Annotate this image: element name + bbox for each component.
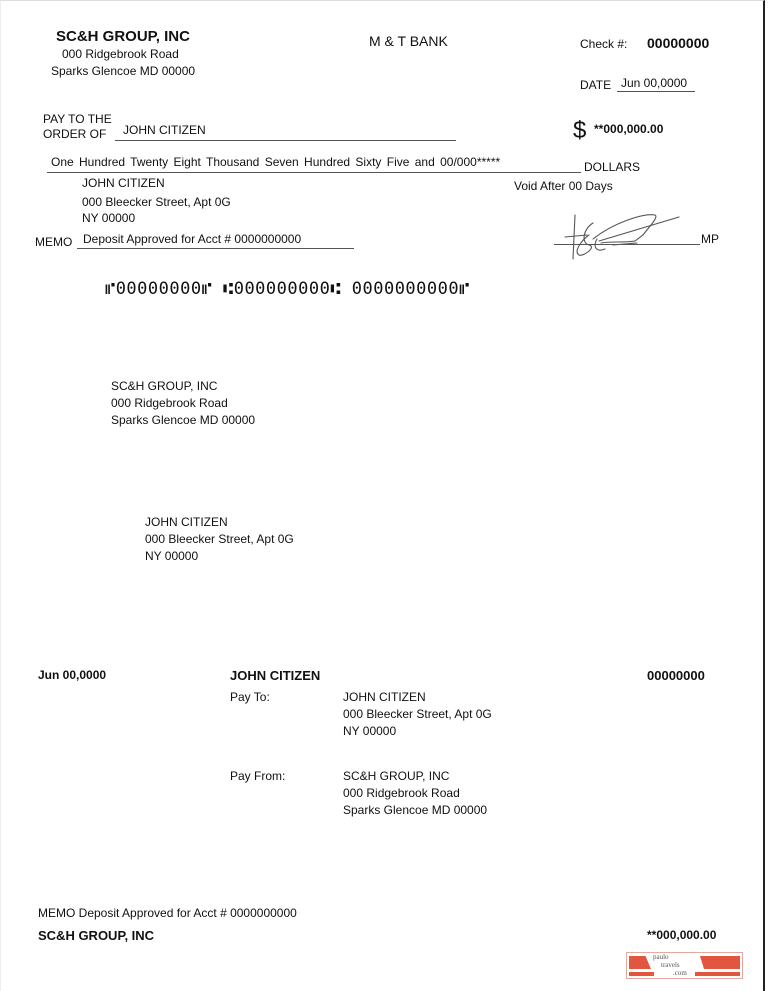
logo-text-line2: travels (653, 961, 687, 969)
amount-words-underline (47, 172, 581, 173)
amount-in-words: One Hundred Twenty Eight Thousand Seven … (51, 155, 500, 169)
stub-pay-to-line2: NY 00000 (343, 724, 396, 738)
stub-payee: JOHN CITIZEN (230, 668, 320, 683)
return-address-line1: 000 Ridgebrook Road (111, 396, 228, 410)
logo-bar-left (629, 956, 651, 969)
payee-underline (115, 140, 456, 141)
stub-company: SC&H GROUP, INC (38, 928, 154, 943)
memo-text: Deposit Approved for Acct # 0000000000 (83, 232, 301, 246)
logo-text-line3: .com (653, 969, 687, 977)
stub-pay-from-label: Pay From: (230, 769, 285, 783)
logo-stripe-left (629, 972, 654, 976)
stub-pay-to-label: Pay To: (230, 690, 270, 704)
stub-pay-from-line2: Sparks Glencoe MD 00000 (343, 803, 487, 817)
memo-label: MEMO (35, 235, 72, 249)
company-address-line2: Sparks Glencoe MD 00000 (51, 64, 195, 78)
company-address-line1: 000 Ridgebrook Road (62, 47, 179, 61)
signature-icon (553, 209, 693, 264)
stub-amount: **000,000.00 (647, 928, 716, 942)
bank-name: M & T BANK (369, 33, 448, 49)
logo-bar-right (700, 956, 740, 969)
stub-pay-from-line1: 000 Ridgebrook Road (343, 786, 460, 800)
logo-text: paulo travels .com (653, 953, 687, 977)
logo-stripe-right (695, 972, 740, 976)
recipient-address-line1: 000 Bleecker Street, Apt 0G (145, 532, 294, 546)
signature-line (554, 244, 700, 245)
dollar-sign-icon: $ (573, 117, 586, 145)
recipient-address-line2: NY 00000 (145, 549, 198, 563)
stub-date: Jun 00,0000 (38, 668, 106, 682)
check-number: 00000000 (647, 35, 709, 51)
stub-check-number: 00000000 (647, 668, 705, 683)
check-date: Jun 00,0000 (621, 76, 687, 90)
void-notice: Void After 00 Days (514, 179, 613, 193)
payee-name: JOHN CITIZEN (123, 123, 206, 137)
return-address-name: SC&H GROUP, INC (111, 379, 217, 393)
pay-to-label: PAY TO THE (43, 112, 112, 126)
payee-address-line2: NY 00000 (82, 211, 135, 225)
date-label: DATE (580, 78, 611, 92)
return-address-line2: Sparks Glencoe MD 00000 (111, 413, 255, 427)
signature-initials: MP (701, 232, 719, 246)
logo-text-line1: paulo (653, 953, 687, 961)
stub-pay-to-name: JOHN CITIZEN (343, 690, 426, 704)
stub-pay-from-name: SC&H GROUP, INC (343, 769, 449, 783)
check-amount: **000,000.00 (594, 122, 663, 136)
recipient-address-name: JOHN CITIZEN (145, 515, 228, 529)
payee-address-line1: 000 Bleecker Street, Apt 0G (82, 195, 231, 209)
payee-address-name: JOHN CITIZEN (82, 176, 165, 190)
watermark-logo[interactable]: paulo travels .com (626, 952, 743, 979)
stub-pay-to-line1: 000 Bleecker Street, Apt 0G (343, 707, 492, 721)
check-document: SC&H GROUP, INC 000 Ridgebrook Road Spar… (0, 0, 765, 991)
date-underline (617, 91, 695, 92)
check-number-label: Check #: (580, 37, 627, 51)
dollars-label: DOLLARS (584, 160, 640, 174)
order-of-label: ORDER OF (43, 127, 106, 141)
memo-underline (77, 248, 354, 249)
stub-memo: MEMO Deposit Approved for Acct # 0000000… (38, 906, 297, 920)
company-name: SC&H GROUP, INC (56, 28, 190, 45)
micr-line: ⑈00000000⑈ ⑆000000000⑆ 0000000000⑈ (105, 279, 470, 299)
